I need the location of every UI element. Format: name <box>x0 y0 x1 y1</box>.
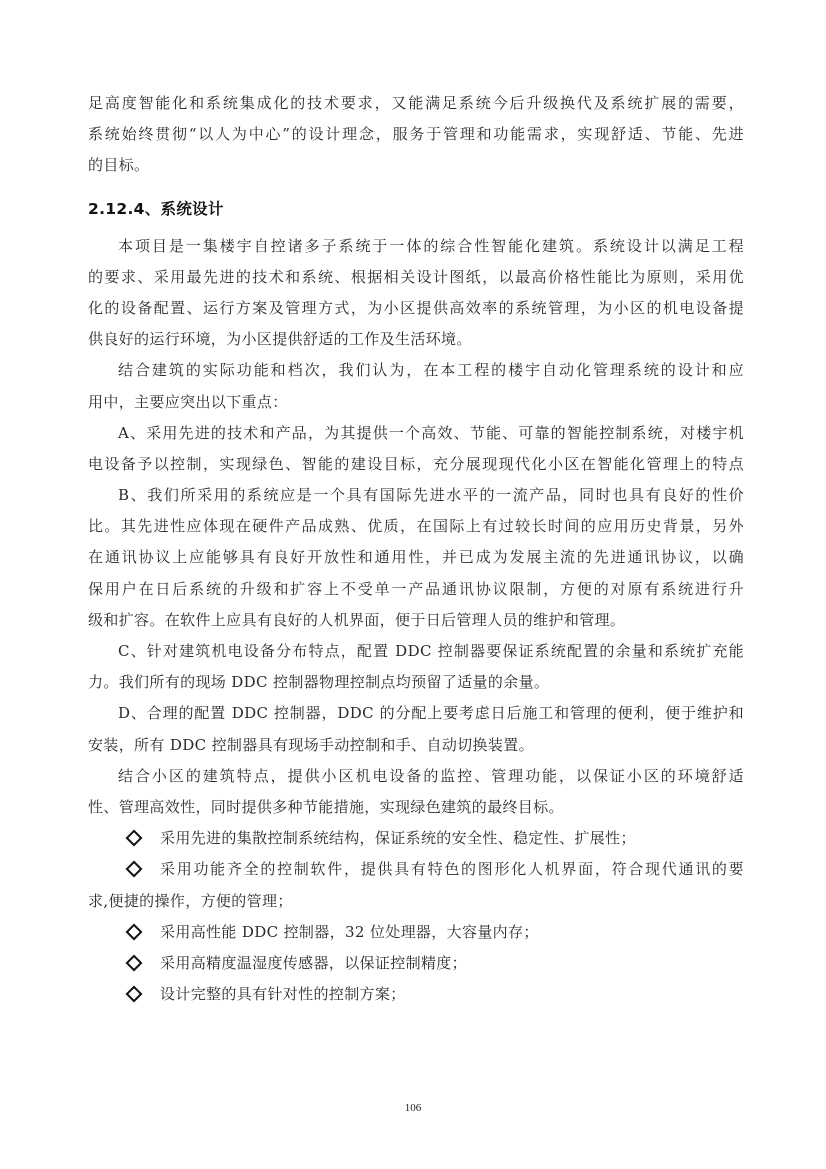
diamond-bullet-icon <box>126 861 143 878</box>
diamond-bullet-icon <box>126 830 143 847</box>
text-line: 在通讯协议上应能够具有良好开放性和通用性，并已成为发展主流的先进通讯协议，以确 <box>88 542 744 573</box>
bullet-item: 采用高精度温湿度传感器，以保证控制精度； <box>88 948 744 979</box>
section-heading: 2.12.4、系统设计 <box>88 194 744 225</box>
text-line: 结合小区的建筑特点，提供小区机电设备的监控、管理功能，以保证小区的环境舒适 <box>88 761 744 792</box>
diamond-bullet-icon <box>126 986 143 1003</box>
bullet-text: 采用高精度温湿度传感器，以保证控制精度； <box>160 954 467 972</box>
paragraph-point-a: A、采用先进的技术和产品，为其提供一个高效、节能、可靠的智能控制系统，对楼宇机 … <box>88 418 744 480</box>
text-line: 本项目是一集楼宇自控诸多子系统于一体的综合性智能化建筑。系统设计以满足工程 <box>88 231 744 262</box>
text-line: D、合理的配置 DDC 控制器，DDC 的分配上要考虑日后施工和管理的便利，便于… <box>88 698 744 729</box>
text-line: 系统始终贯彻“以人为中心”的设计理念，服务于管理和功能需求，实现舒适、节能、先进 <box>88 119 744 150</box>
paragraph-point-d: D、合理的配置 DDC 控制器，DDC 的分配上要考虑日后施工和管理的便利，便于… <box>88 698 744 760</box>
text-line: C、针对建筑机电设备分布特点，配置 DDC 控制器要保证系统配置的余量和系统扩充… <box>88 636 744 667</box>
bullet-text: 采用先进的集散控制系统结构，保证系统的安全性、稳定性、扩展性； <box>160 829 636 847</box>
paragraph-overview: 本项目是一集楼宇自控诸多子系统于一体的综合性智能化建筑。系统设计以满足工程 的要… <box>88 231 744 356</box>
bullet-item: 采用功能齐全的控制软件，提供具有特色的图形化人机界面，符合现代通讯的要 求,便捷… <box>88 854 744 916</box>
bullet-text: 设计完整的具有针对性的控制方案； <box>160 985 406 1003</box>
text-line: 供良好的运行环境，为小区提供舒适的工作及生活环境。 <box>88 324 744 355</box>
paragraph-point-c: C、针对建筑机电设备分布特点，配置 DDC 控制器要保证系统配置的余量和系统扩充… <box>88 636 744 698</box>
text-line: 的目标。 <box>88 150 744 181</box>
text-line: A、采用先进的技术和产品，为其提供一个高效、节能、可靠的智能控制系统，对楼宇机 <box>88 418 744 449</box>
text-line: 结合建筑的实际功能和档次，我们认为，在本工程的楼宇自动化管理系统的设计和应 <box>88 355 744 386</box>
text-line: 用中，主要应突出以下重点： <box>88 387 744 418</box>
diamond-bullet-icon <box>126 954 143 971</box>
feature-bullet-list: 采用先进的集散控制系统结构，保证系统的安全性、稳定性、扩展性； 采用功能齐全的控… <box>88 823 744 1010</box>
text-line: 化的设备配置、运行方案及管理方式，为小区提供高效率的系统管理，为小区的机电设备提 <box>88 293 744 324</box>
bullet-text: 采用高性能 DDC 控制器，32 位处理器，大容量内存； <box>160 923 539 941</box>
text-line: 比。其先进性应体现在硬件产品成熟、优质，在国际上有过较长时间的应用历史背景，另外 <box>88 511 744 542</box>
page-number: 106 <box>0 1102 826 1114</box>
text-line: 力。我们所有的现场 DDC 控制器物理控制点均预留了适量的余量。 <box>88 667 744 698</box>
bullet-item: 采用高性能 DDC 控制器，32 位处理器，大容量内存； <box>88 917 744 948</box>
text-line: 性、管理高效性，同时提供多种节能措施，实现绿色建筑的最终目标。 <box>88 792 744 823</box>
bullet-text: 采用功能齐全的控制软件，提供具有特色的图形化人机界面，符合现代通讯的要 <box>160 860 744 878</box>
text-line: 安装，所有 DDC 控制器具有现场手动控制和手、自动切换装置。 <box>88 730 744 761</box>
text-line: 级和扩容。在软件上应具有良好的人机界面，便于日后管理人员的维护和管理。 <box>88 605 744 636</box>
text-line: 电设备予以控制，实现绿色、智能的建设目标，充分展现现代化小区在智能化管理上的特点 <box>88 449 744 480</box>
document-page: 足高度智能化和系统集成化的技术要求，又能满足系统今后升级换代及系统扩展的需要， … <box>88 88 744 1010</box>
diamond-bullet-icon <box>126 923 143 940</box>
paragraph-key-points: 结合建筑的实际功能和档次，我们认为，在本工程的楼宇自动化管理系统的设计和应 用中… <box>88 355 744 417</box>
text-line: 足高度智能化和系统集成化的技术要求，又能满足系统今后升级换代及系统扩展的需要， <box>88 88 744 119</box>
text-line: B、我们所采用的系统应是一个具有国际先进水平的一流产品，同时也具有良好的性价 <box>88 480 744 511</box>
text-line: 的要求、采用最先进的技术和系统、根据相关设计图纸，以最高价格性能比为原则，采用优 <box>88 262 744 293</box>
bullet-item: 采用先进的集散控制系统结构，保证系统的安全性、稳定性、扩展性； <box>88 823 744 854</box>
paragraph-point-b: B、我们所采用的系统应是一个具有国际先进水平的一流产品，同时也具有良好的性价 比… <box>88 480 744 636</box>
text-line: 保用户在日后系统的升级和扩容上不受单一产品通讯协议限制，方便的对原有系统进行升 <box>88 574 744 605</box>
intro-paragraph: 足高度智能化和系统集成化的技术要求，又能满足系统今后升级换代及系统扩展的需要， … <box>88 88 744 182</box>
bullet-text-continuation: 求,便捷的操作，方便的管理； <box>88 886 744 917</box>
bullet-item: 设计完整的具有针对性的控制方案； <box>88 979 744 1010</box>
paragraph-building-features: 结合小区的建筑特点，提供小区机电设备的监控、管理功能，以保证小区的环境舒适 性、… <box>88 761 744 823</box>
